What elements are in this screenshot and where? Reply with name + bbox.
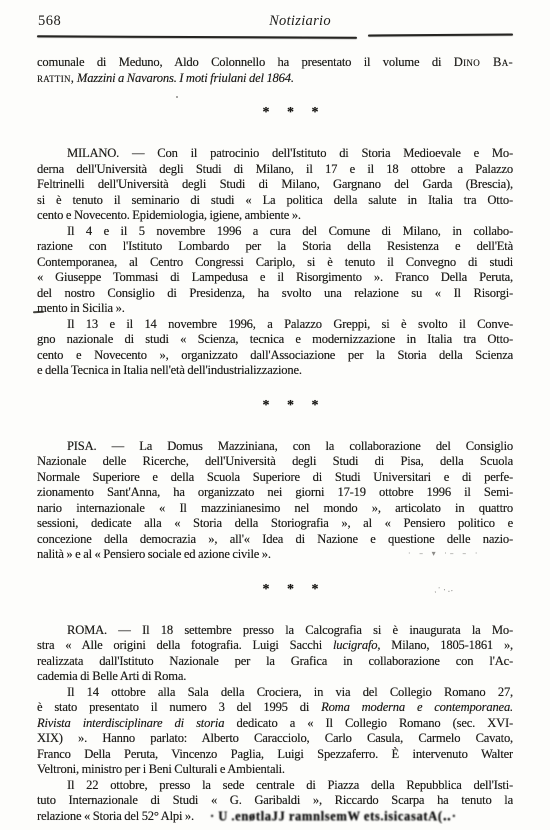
text-segment: Rivista interdisciplinare di storia <box>37 716 224 730</box>
text-segment: sessioni, dedicate alla « Storia della S… <box>37 516 513 530</box>
text-segment: PISA. — La Domus Mazziniana, con la coll… <box>67 439 513 453</box>
page-number: 568 <box>38 13 61 30</box>
paragraph: comunale di Meduno, Aldo Colonnello ha p… <box>37 55 513 86</box>
text-segment: nario internazionale « Il mazzinianesimo… <box>37 501 513 515</box>
text-line: MILANO. — Con il patrocinio dell'Istitut… <box>37 146 513 162</box>
paragraph: PISA. — La Domus Mazziniana, con la coll… <box>37 439 513 563</box>
section-separator: * * * <box>37 583 513 597</box>
text-line: cademia di Belle Arti di Roma. <box>37 669 513 685</box>
ink-smudge: · U .enøtlaJJ ramnlsemW ets.isicasatA(‥· <box>194 809 457 825</box>
text-line: derna dell'Università degli Studi di Mil… <box>37 162 513 178</box>
text-line: Normale Superiore e della Scuola Superio… <box>37 470 513 486</box>
section-separator: * * * <box>37 399 513 413</box>
text-segment: concezione della democrazia », all'« Ide… <box>37 532 513 546</box>
header-rule-right-segment <box>368 33 513 36</box>
text-segment: XIX) ». Hanno parlato: Alberto Caracciol… <box>37 731 513 745</box>
text-segment: lucigrafo <box>333 638 377 652</box>
text-line: razione con l'Istituto Lombardo per la S… <box>37 239 513 255</box>
text-line: comunale di Meduno, Aldo Colonnello ha p… <box>37 55 513 71</box>
text-line: Veltroni, ministro per i Beni Culturali … <box>37 762 513 778</box>
text-segment: Feltrinelli dell'Università degli Studi … <box>37 177 513 191</box>
text-line: Il 13 e il 14 novembre 1996, a Palazzo G… <box>37 317 513 333</box>
text-segment: « Giuseppe Tommasi di Lampedusa e il Ris… <box>37 270 513 284</box>
text-segment: Contemporanea, al Centro Congressi Carip… <box>37 255 513 269</box>
text-segment: Franco Della Peruta, Vincenzo Paglia, Lu… <box>37 747 513 761</box>
text-segment: Il 14 ottobre alla Sala della Crociera, … <box>67 685 513 699</box>
page-header: 568 Notiziario <box>37 13 513 34</box>
text-line: concezione della democrazia », all'« Ide… <box>37 532 513 548</box>
text-segment: rattin, <box>37 71 74 85</box>
text-segment: MILANO. — Con il patrocinio dell'Istitut… <box>67 146 513 160</box>
text-segment: , Milano, 1805-1861 », <box>377 638 513 652</box>
text-segment: cademia di Belle Arti di Roma. <box>37 669 186 683</box>
text-segment: è stato presentato il numero 3 del 1995 … <box>37 700 321 714</box>
text-line: e della Tecnica in Italia nell'età dell'… <box>37 363 513 379</box>
text-segment: tuto Internazionale di Studi « G. Gariba… <box>37 793 513 807</box>
header-rule <box>37 34 513 41</box>
text-line: gno nazionale di studi « Scienza, tecnic… <box>37 332 513 348</box>
text-segment: Mazzini a Navarons. I moti friulani del … <box>77 71 294 85</box>
text-line: Il 14 ottobre alla Sala della Crociera, … <box>37 685 513 701</box>
text-line: PISA. — La Domus Mazziniana, con la coll… <box>37 439 513 455</box>
text-segment: comunale di Meduno, Aldo Colonnello ha p… <box>37 55 454 69</box>
scanned-page: 568 Notiziario comunale di Meduno, Aldo … <box>0 0 550 830</box>
text-line: realizzata dall'Istituto Nazionale per l… <box>37 654 513 670</box>
text-line: rattin, Mazzini a Navarons. I moti friul… <box>37 71 513 87</box>
section-separator: * * * <box>37 106 513 120</box>
text-segment: relazione « Storia del 52° Alpi ». <box>37 809 194 823</box>
text-line: stra « Alle origini della fotografia. Lu… <box>37 638 513 654</box>
text-line: Il 22 ottobre, presso la sede centrale d… <box>37 778 513 794</box>
text-line: sessioni, dedicate alla « Storia della S… <box>37 516 513 532</box>
text-segment: Il 4 e il 5 novembre 1996 a cura del Com… <box>67 224 513 238</box>
text-line: XIX) ». Hanno parlato: Alberto Caracciol… <box>37 731 513 747</box>
text-line: Rivista interdisciplinare di storia dedi… <box>37 716 513 732</box>
text-line: del nostro Consiglio di Presidenza, ha s… <box>37 286 513 302</box>
text-line: cento e Novecento. Epidemiologia, igiene… <box>37 208 513 224</box>
text-segment: Dino Ba- <box>454 55 513 69</box>
text-line: Il 4 e il 5 novembre 1996 a cura del Com… <box>37 224 513 240</box>
text-segment: e della Tecnica in Italia nell'età dell'… <box>37 363 302 377</box>
text-line: si è tenuto il seminario di studi « La p… <box>37 193 513 209</box>
text-line: è stato presentato il numero 3 del 1995 … <box>37 700 513 716</box>
text-segment: cento e Novecento », organizzato dall'As… <box>37 348 513 362</box>
text-segment: stra « Alle origini della fotografia. Lu… <box>37 638 333 652</box>
text-segment: realizzata dall'Istituto Nazionale per l… <box>37 654 513 668</box>
text-segment: Veltroni, ministro per i Beni Culturali … <box>37 762 285 776</box>
text-segment: Nazionale delle Ricerche, dell'Universit… <box>37 454 513 468</box>
paragraph: MILANO. — Con il patrocinio dell'Istitut… <box>37 146 513 379</box>
text-line: Nazionale delle Ricerche, dell'Universit… <box>37 454 513 470</box>
text-segment: mento in Sicilia ». <box>37 301 125 315</box>
text-line: Franco Della Peruta, Vincenzo Paglia, Lu… <box>37 747 513 763</box>
text-line: zionamento Sant'Anna, ha organizzato nei… <box>37 485 513 501</box>
text-segment: nalità » e al « Pensiero sociale ed azio… <box>37 547 271 561</box>
text-segment: Il 13 e il 14 novembre 1996, a Palazzo G… <box>67 317 513 331</box>
text-segment: Normale Superiore e della Scuola Superio… <box>37 470 513 484</box>
text-segment: cento e Novecento. Epidemiologia, igiene… <box>37 208 301 222</box>
text-segment: si è tenuto il seminario di studi « La p… <box>37 193 513 207</box>
text-line: mento in Sicilia ». <box>37 301 513 317</box>
text-segment: derna dell'Università degli Studi di Mil… <box>37 162 513 176</box>
text-segment: Roma moderna e contemporanea. <box>321 700 513 714</box>
text-line: nalità » e al « Pensiero sociale ed azio… <box>37 547 513 563</box>
header-rule-left-segment <box>37 35 357 39</box>
text-segment: Il 22 ottobre, presso la sede centrale d… <box>67 778 513 792</box>
paragraph: ROMA. — Il 18 settembre presso la Calcog… <box>37 623 513 825</box>
text-line: cento e Novecento », organizzato dall'As… <box>37 348 513 364</box>
text-line: ROMA. — Il 18 settembre presso la Calcog… <box>37 623 513 639</box>
text-segment: dedicato a « Il Collegio Romano (sec. XV… <box>224 716 513 730</box>
text-segment: zionamento Sant'Anna, ha organizzato nei… <box>37 485 513 499</box>
text-segment: razione con l'Istituto Lombardo per la S… <box>37 239 513 253</box>
text-line: relazione « Storia del 52° Alpi ».· U .e… <box>37 809 513 825</box>
text-segment: ROMA. — Il 18 settembre presso la Calcog… <box>67 623 513 637</box>
text-line: « Giuseppe Tommasi di Lampedusa e il Ris… <box>37 270 513 286</box>
text-line: Contemporanea, al Centro Congressi Carip… <box>37 255 513 271</box>
text-segment: del nostro Consiglio di Presidenza, ha s… <box>37 286 513 300</box>
text-segment: gno nazionale di studi « Scienza, tecnic… <box>37 332 513 346</box>
text-line: Feltrinelli dell'Università degli Studi … <box>37 177 513 193</box>
text-line: nario internazionale « Il mazzinianesimo… <box>37 501 513 517</box>
page-body: comunale di Meduno, Aldo Colonnello ha p… <box>37 55 513 824</box>
page-title: Notiziario <box>269 13 331 30</box>
text-line: tuto Internazionale di Studi « G. Gariba… <box>37 793 513 809</box>
